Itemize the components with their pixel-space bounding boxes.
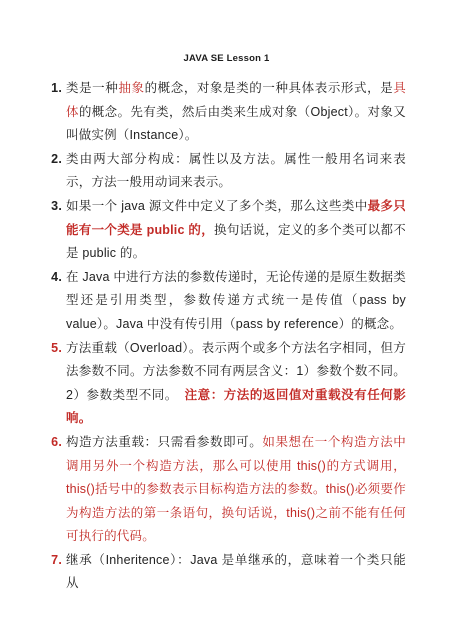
text-segment: 在 Java 中进行方法的参数传递时，无论传递的是原生数据类型还是引用类型，参数… [66,270,406,331]
text-segment: 构造方法重载：只需看参数即可。 [66,435,262,449]
item-number: 4. [51,266,62,290]
list-item: 3.如果一个 java 源文件中定义了多个类，那么这些类中最多只能有一个类是 p… [66,195,406,266]
document-page: JAVA SE Lesson 1 1.类是一种抽象的概念，对象是类的一种具体表示… [0,0,453,640]
list-item: 2.类由两大部分构成：属性以及方法。属性一般用名词来表示，方法一般用动词来表示。 [66,148,406,195]
text-segment: 的概念，对象是类的一种具体表示形式，是 [145,81,394,95]
text-segment: 的概念。先有类，然后由类来生成对象（Object）。对象又叫做实例（Instan… [66,105,406,143]
list-item: 1.类是一种抽象的概念，对象是类的一种具体表示形式，是具体的概念。先有类，然后由… [66,77,406,148]
item-number: 1. [51,77,62,101]
item-number: 7. [51,549,62,573]
item-number: 6. [51,431,62,455]
item-number: 2. [51,148,62,172]
text-segment: 类是一种 [66,81,118,95]
numbered-list: 1.类是一种抽象的概念，对象是类的一种具体表示形式，是具体的概念。先有类，然后由… [66,77,406,596]
list-item: 4.在 Java 中进行方法的参数传递时，无论传递的是原生数据类型还是引用类型，… [66,266,406,337]
item-number: 5. [51,337,62,361]
list-item: 5.方法重载（Overload）。表示两个或多个方法名字相同，但方法参数不同。方… [66,337,406,431]
list-item: 7.继承（Inheritence）：Java 是单继承的，意味着一个类只能从 [66,549,406,596]
list-item: 6.构造方法重载：只需看参数即可。如果想在一个构造方法中调用另外一个构造方法，那… [66,431,406,549]
page-title: JAVA SE Lesson 1 [0,53,453,64]
text-segment: 如果一个 java 源文件中定义了多个类，那么这些类中 [66,199,368,213]
text-segment: 抽象 [118,81,144,95]
text-segment: 类由两大部分构成：属性以及方法。属性一般用名词来表示，方法一般用动词来表示。 [66,152,406,190]
text-segment: 继承（Inheritence）：Java 是单继承的，意味着一个类只能从 [66,553,406,591]
text-segment: 如果想在一个构造方法中调用另外一个构造方法，那么可以使用 this()的方式调用… [66,435,406,543]
item-number: 3. [51,195,62,219]
